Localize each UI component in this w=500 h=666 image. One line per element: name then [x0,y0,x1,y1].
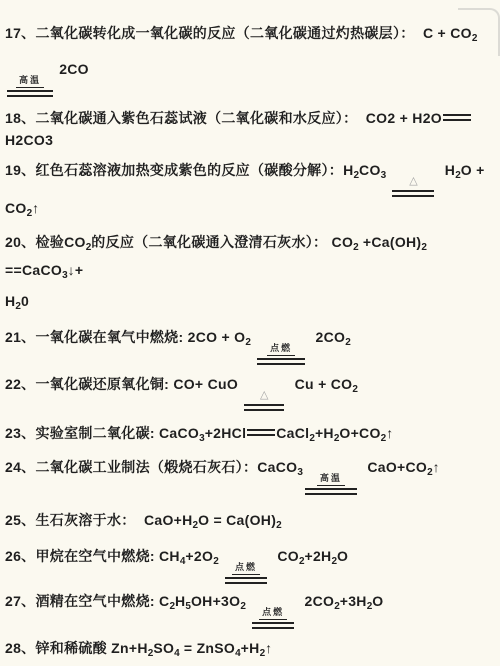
condition-label: 高温 [16,75,44,88]
equation-text: 2CO [307,329,345,345]
condition-label: 点燃 [259,607,287,620]
eq-20-part2: H20 [5,290,496,318]
subscript: 2 [352,384,358,395]
equation-text: = ZnSO [180,640,235,656]
eq-17-part1: 17、二氧化碳转化成一氧化碳的反应（二氧化碳通过灼热碳层）： C + CO2 [5,22,496,50]
equation-text: 24、二氧化碳工业制法（煅烧石灰石）：CaCO [5,459,297,475]
equation-text: O [372,593,383,609]
equation-text: H [5,293,15,309]
condition-label: 高温 [317,473,345,486]
equation-text: ↓+ [68,262,84,278]
equation-text: 18、二氧化碳通入紫色石蕊试液（二氧化碳和水反应）： CO2 + H2O [5,110,442,126]
double-equals-line [247,429,275,436]
equation-text: +2H [305,548,332,564]
reaction-condition: 高温 [305,473,357,495]
equation-text: 2CO [55,61,89,77]
equation-text [246,593,250,609]
eq-25: 25、生石灰溶于水： CaO+H2O = Ca(OH)2 [5,509,496,537]
equation-text: +H [315,425,334,441]
eq-18: 18、二氧化碳通入紫色石蕊试液（二氧化碳和水反应）： CO2 + H2O H2C… [5,107,496,151]
reaction-condition: 点燃 [225,562,267,584]
equation-text [219,548,223,564]
equation-text: +2O [185,548,213,564]
equation-text: 23、实验室制二氧化碳: CaCO [5,425,199,441]
equation-text: +2HCl [205,425,247,441]
equation-text [386,162,390,178]
equation-text: ↑ [433,459,440,475]
double-equals-line [252,622,294,629]
eq-27: 27、酒精在空气中燃烧: C2H5OH+3O2 点燃 2CO2+3H2O [5,590,496,629]
equation-text: 25、生石灰溶于水： CaO+H [5,512,193,528]
double-equals-line [305,488,357,495]
double-equals-line [257,358,305,365]
heat-triangle-symbol: △ [260,389,268,402]
double-equals-line [7,90,53,97]
equation-text: SO [153,640,174,656]
double-equals-line [244,404,284,411]
reaction-condition: 高温 [7,75,53,97]
eq-21: 21、一氧化碳在氧气中燃烧: 2CO + O2 点燃 2CO2 [5,326,496,365]
equation-text: +H [241,640,260,656]
equation-text: 的反应（二氧化碳通入澄清石灰水）： CO [91,234,353,250]
condition-label: 点燃 [232,562,260,575]
heat-triangle-symbol: △ [409,175,417,188]
rounded-corner-decoration [458,8,500,56]
equation-text: H [175,593,185,609]
equation-text: CaO+CO [359,459,427,475]
chemistry-notes-page: 17、二氧化碳转化成一氧化碳的反应（二氧化碳通过灼热碳层）： C + CO2高温… [0,0,500,666]
equation-list: 17、二氧化碳转化成一氧化碳的反应（二氧化碳通过灼热碳层）： C + CO2高温… [0,0,500,665]
eq-26: 26、甲烷在空气中燃烧: CH4+2O2 点燃 CO2+2H2O [5,545,496,584]
double-equals-line [443,114,471,121]
equation-text: Cu + CO [286,376,352,392]
equation-text: 26、甲烷在空气中燃烧: CH [5,548,180,564]
equation-text: 19、红色石蕊溶液加热变成紫色的反应（碳酸分解）：H [5,162,353,178]
equation-text: 17、二氧化碳转化成一氧化碳的反应（二氧化碳通过灼热碳层）： C + CO [5,25,472,41]
equation-text: ↑ [386,425,393,441]
equation-text: 22、一氧化碳还原氧化铜: CO+ CuO [5,376,242,392]
equation-text: H [436,162,455,178]
equation-text: O = Ca(OH) [198,512,276,528]
condition-label: 点燃 [267,343,295,356]
equation-text: CO [359,162,381,178]
equation-text: 27、酒精在空气中燃烧: C [5,593,169,609]
equation-text: O [337,548,348,564]
reaction-condition: 点燃 [252,607,294,629]
equation-text: CaCl [276,425,309,441]
equation-text: OH+3O [191,593,240,609]
equation-text: +3H [340,593,367,609]
equation-text: CO [269,548,299,564]
eq-22: 22、一氧化碳还原氧化铜: CO+ CuO △ Cu + CO2 [5,373,496,411]
equation-text [251,329,255,345]
eq-19: 19、红色石蕊溶液加热变成紫色的反应（碳酸分解）：H2CO3 △ H2O + C… [5,159,496,225]
equation-text: O+CO [339,425,380,441]
equation-text: +Ca(OH) [359,234,422,250]
eq-17-part2: 高温 2CO [5,58,496,97]
subscript: 2 [276,520,282,531]
eq-20-part1: 20、检验CO2的反应（二氧化碳通入澄清石灰水）： CO2 +Ca(OH)2 =… [5,231,496,287]
equation-text: 28、锌和稀硫酸 Zn+H [5,640,148,656]
double-equals-line [225,577,267,584]
equation-text: 21、一氧化碳在氧气中燃烧: 2CO + O [5,329,245,345]
subscript: 2 [345,337,351,348]
eq-24: 24、二氧化碳工业制法（煅烧石灰石）：CaCO3高温 CaO+CO2↑ [5,456,496,495]
equation-text: 0 [21,293,29,309]
equation-text: 20、检验CO [5,234,86,250]
equation-text: ↑ [32,200,39,216]
double-equals-line [392,190,434,197]
reaction-condition: △ [244,389,284,411]
subscript: 3 [297,467,303,478]
equation-text: ↑ [265,640,272,656]
eq-28: 28、锌和稀硫酸 Zn+H2SO4 = ZnSO4+H2↑ [5,637,496,665]
reaction-condition: △ [392,175,434,197]
reaction-condition: 点燃 [257,343,305,365]
eq-23: 23、实验室制二氧化碳: CaCO3+2HClCaCl2+H2O+CO2↑ [5,422,496,450]
equation-text: 2CO [296,593,334,609]
